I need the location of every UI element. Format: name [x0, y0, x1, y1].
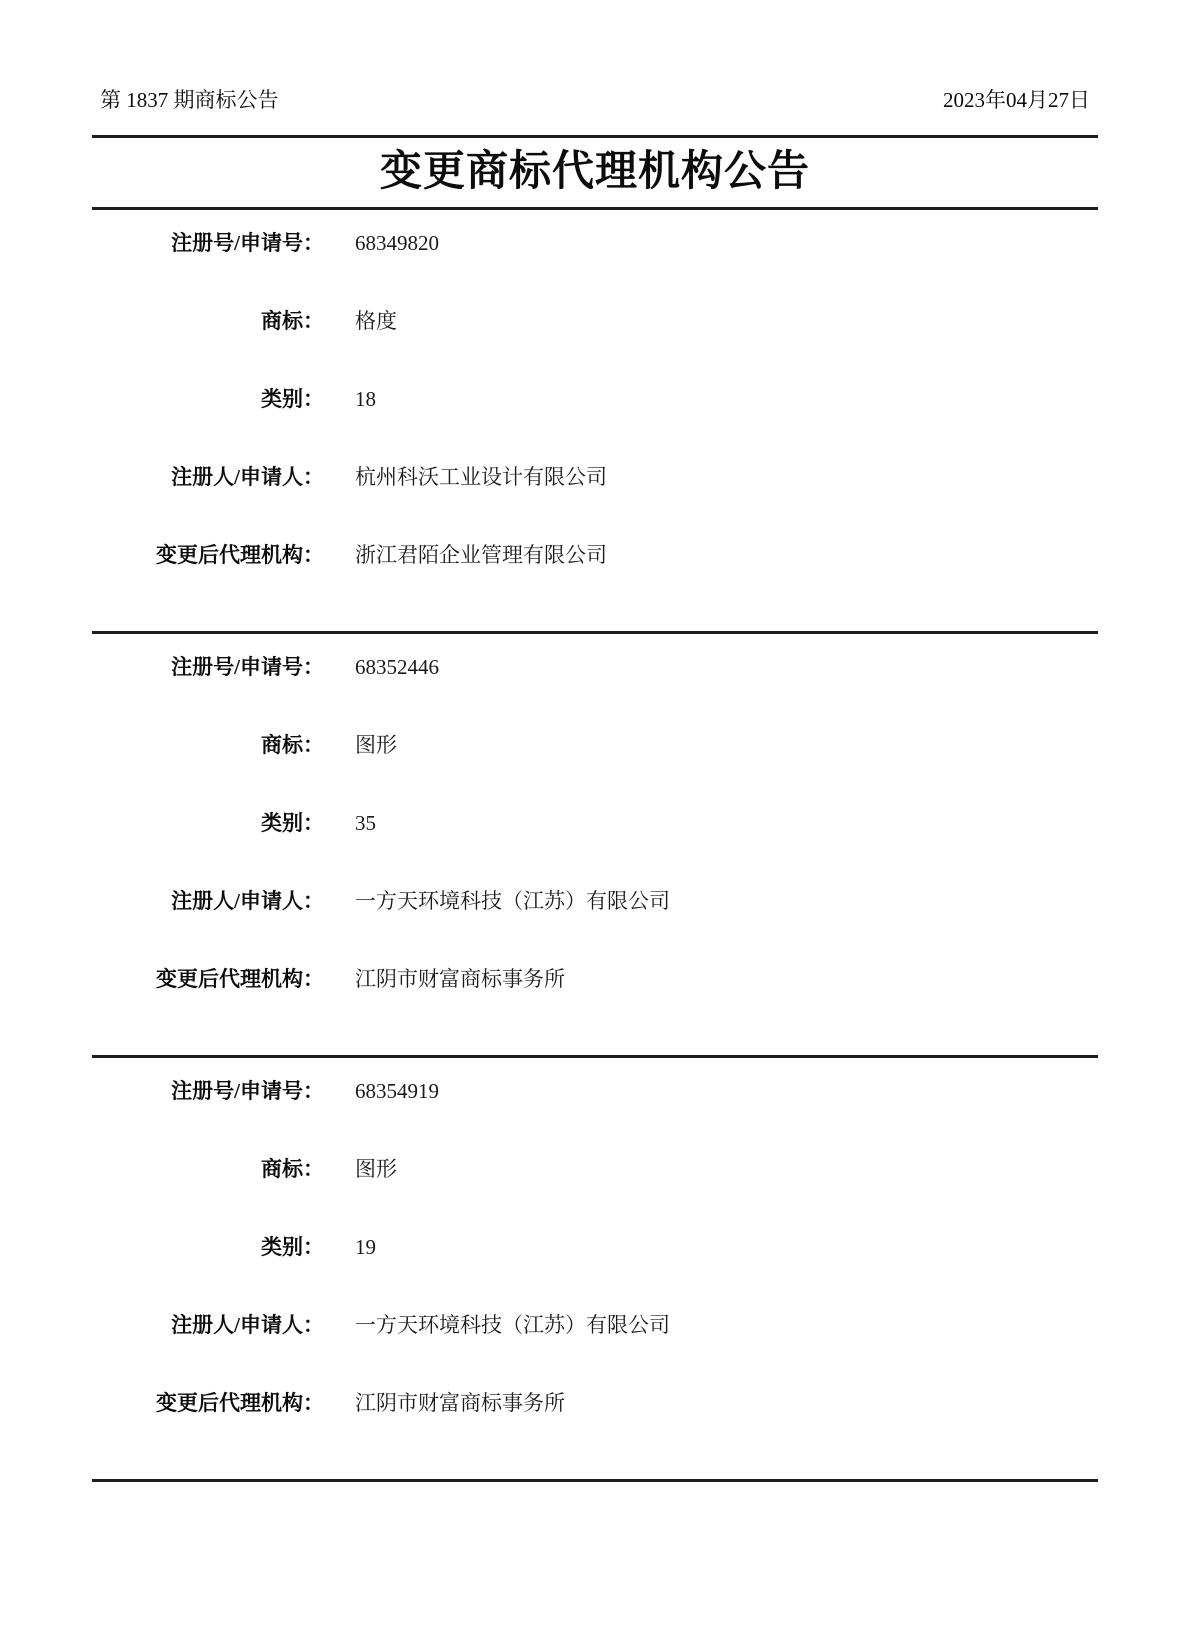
field-row-registrant: 注册人/申请人： 杭州科沃工业设计有限公司 [92, 464, 1098, 491]
class-value: 35 [324, 810, 376, 837]
registrant-label: 注册人/申请人： [92, 464, 324, 491]
new-agency-value: 江阴市财富商标事务所 [324, 966, 565, 993]
publish-date: 2023年04月27日 [943, 88, 1090, 113]
trademark-value: 图形 [324, 1156, 397, 1183]
field-row-registrant: 注册人/申请人： 一方天环境科技（江苏）有限公司 [92, 888, 1098, 915]
field-row-new-agency: 变更后代理机构： 浙江君陌企业管理有限公司 [92, 542, 1098, 569]
page-header: 第 1837 期商标公告 2023年04月27日 [92, 88, 1098, 113]
field-row-class: 类别： 18 [92, 386, 1098, 413]
trademark-value: 图形 [324, 732, 397, 759]
field-row-reg-no: 注册号/申请号： 68354919 [92, 1078, 1098, 1105]
gazette-issue-label: 第 1837 期商标公告 [100, 88, 279, 113]
class-value: 19 [324, 1234, 376, 1261]
field-row-trademark: 商标： 图形 [92, 1156, 1098, 1183]
header-rule [92, 135, 1098, 138]
trademark-label: 商标： [92, 732, 324, 759]
field-row-class: 类别： 19 [92, 1234, 1098, 1261]
field-row-trademark: 商标： 格度 [92, 308, 1098, 335]
trademark-record: 注册号/申请号： 68354919 商标： 图形 类别： 19 注册人/申请人：… [92, 1058, 1098, 1479]
trademark-label: 商标： [92, 308, 324, 335]
new-agency-label: 变更后代理机构： [92, 966, 324, 993]
class-value: 18 [324, 386, 376, 413]
reg-no-value: 68352446 [324, 654, 439, 681]
reg-no-label: 注册号/申请号： [92, 654, 324, 681]
registrant-label: 注册人/申请人： [92, 888, 324, 915]
field-row-new-agency: 变更后代理机构： 江阴市财富商标事务所 [92, 966, 1098, 993]
new-agency-value: 浙江君陌企业管理有限公司 [324, 542, 607, 569]
registrant-value: 杭州科沃工业设计有限公司 [324, 464, 607, 491]
field-row-class: 类别： 35 [92, 810, 1098, 837]
reg-no-label: 注册号/申请号： [92, 1078, 324, 1105]
page-title: 变更商标代理机构公告 [92, 147, 1098, 197]
trademark-value: 格度 [324, 308, 397, 335]
reg-no-label: 注册号/申请号： [92, 230, 324, 257]
registrant-value: 一方天环境科技（江苏）有限公司 [324, 888, 670, 915]
field-row-registrant: 注册人/申请人： 一方天环境科技（江苏）有限公司 [92, 1312, 1098, 1339]
field-row-reg-no: 注册号/申请号： 68352446 [92, 654, 1098, 681]
new-agency-value: 江阴市财富商标事务所 [324, 1390, 565, 1417]
field-row-reg-no: 注册号/申请号： 68349820 [92, 230, 1098, 257]
field-row-trademark: 商标： 图形 [92, 732, 1098, 759]
gazette-page: 第 1837 期商标公告 2023年04月27日 变更商标代理机构公告 注册号/… [0, 0, 1190, 1482]
class-label: 类别： [92, 1234, 324, 1261]
trademark-record: 注册号/申请号： 68349820 商标： 格度 类别： 18 注册人/申请人：… [92, 210, 1098, 631]
field-row-new-agency: 变更后代理机构： 江阴市财富商标事务所 [92, 1390, 1098, 1417]
reg-no-value: 68354919 [324, 1078, 439, 1105]
new-agency-label: 变更后代理机构： [92, 1390, 324, 1417]
registrant-label: 注册人/申请人： [92, 1312, 324, 1339]
reg-no-value: 68349820 [324, 230, 439, 257]
registrant-value: 一方天环境科技（江苏）有限公司 [324, 1312, 670, 1339]
new-agency-label: 变更后代理机构： [92, 542, 324, 569]
bottom-rule [92, 1479, 1098, 1482]
class-label: 类别： [92, 810, 324, 837]
trademark-record: 注册号/申请号： 68352446 商标： 图形 类别： 35 注册人/申请人：… [92, 634, 1098, 1055]
trademark-label: 商标： [92, 1156, 324, 1183]
class-label: 类别： [92, 386, 324, 413]
